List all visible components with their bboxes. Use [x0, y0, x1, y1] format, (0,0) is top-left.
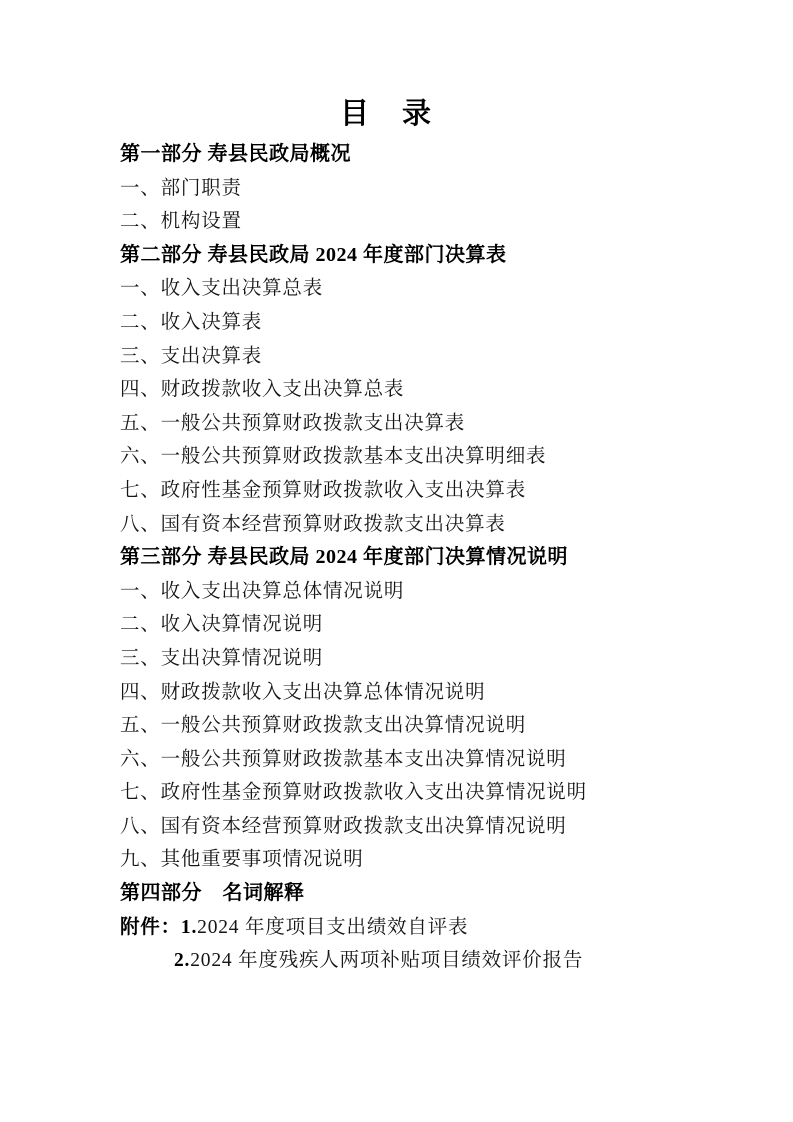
toc-item: 二、收入决算表: [120, 306, 713, 340]
toc-item: 六、一般公共预算财政拨款基本支出决算情况说明: [120, 743, 713, 777]
attachment-title: 2024 年度项目支出绩效自评表: [197, 917, 468, 938]
attachment-line: 2.2024 年度残疾人两项补贴项目绩效评价报告: [120, 944, 713, 978]
toc-part1-heading: 第一部分 寿县民政局概况: [120, 138, 713, 172]
attachment-line: 附件：1.2024 年度项目支出绩效自评表: [120, 911, 713, 945]
toc-part3-heading: 第三部分 寿县民政局 2024 年度部门决算情况说明: [120, 541, 713, 575]
toc-item: 七、政府性基金预算财政拨款收入支出决算表: [120, 474, 713, 508]
toc-part2-heading: 第二部分 寿县民政局 2024 年度部门决算表: [120, 239, 713, 273]
toc-page: 目 录 第一部分 寿县民政局概况 一、部门职责 二、机构设置 第二部分 寿县民政…: [0, 0, 793, 1122]
toc-part4-heading: 第四部分 名词解释: [120, 877, 713, 911]
attachment-number: 2.: [174, 950, 190, 971]
toc-item: 一、收入支出决算总体情况说明: [120, 575, 713, 609]
toc-item: 三、支出决算表: [120, 340, 713, 374]
document-title: 目 录: [120, 98, 653, 130]
toc-item: 九、其他重要事项情况说明: [120, 843, 713, 877]
toc-item: 四、财政拨款收入支出决算总体情况说明: [120, 676, 713, 710]
toc-item: 五、一般公共预算财政拨款支出决算表: [120, 407, 713, 441]
toc-item: 八、国有资本经营预算财政拨款支出决算表: [120, 508, 713, 542]
toc-item: 二、收入决算情况说明: [120, 608, 713, 642]
toc-item: 三、支出决算情况说明: [120, 642, 713, 676]
toc-item: 四、财政拨款收入支出决算总表: [120, 373, 713, 407]
toc-item: 八、国有资本经营预算财政拨款支出决算情况说明: [120, 810, 713, 844]
toc-item: 一、部门职责: [120, 172, 713, 206]
attachments-label: 附件：: [120, 917, 181, 938]
attachment-number: 1.: [181, 917, 197, 938]
toc-item: 六、一般公共预算财政拨款基本支出决算明细表: [120, 440, 713, 474]
toc-item: 五、一般公共预算财政拨款支出决算情况说明: [120, 709, 713, 743]
attachment-title: 2024 年度残疾人两项补贴项目绩效评价报告: [190, 950, 583, 971]
toc-item: 二、机构设置: [120, 205, 713, 239]
toc-item: 一、收入支出决算总表: [120, 272, 713, 306]
toc-item: 七、政府性基金预算财政拨款收入支出决算情况说明: [120, 776, 713, 810]
